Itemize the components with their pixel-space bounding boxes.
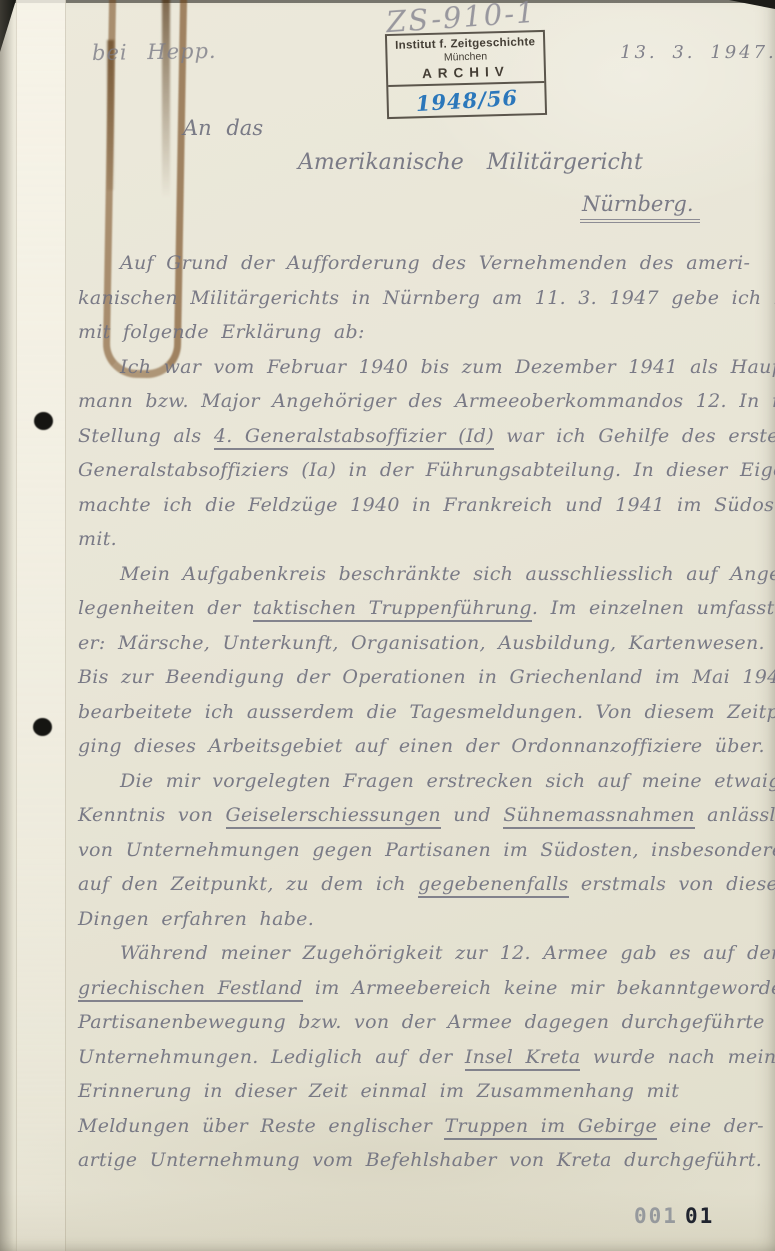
- text-segment: Stellung als: [78, 425, 214, 447]
- letter-line: mit folgende Erklärung ab:: [78, 315, 764, 350]
- letter-line: Partisanenbewegung bzw. von der Armee da…: [78, 1005, 764, 1040]
- text-segment: Meldungen über Reste englischer: [78, 1115, 444, 1137]
- text-segment: kanischen Militärgerichts in Nürnberg am…: [78, 287, 775, 309]
- underlined-phrase: gegebenenfalls: [418, 873, 568, 898]
- text-segment: eine der-: [657, 1115, 764, 1137]
- letter-line: Stellung als 4. Generalstabsoffizier (Id…: [78, 419, 764, 454]
- text-segment: . Im einzelnen umfasste: [532, 597, 775, 619]
- letter-line: machte ich die Feldzüge 1940 in Frankrei…: [78, 488, 764, 523]
- paper-binding-strip: [16, 0, 66, 1251]
- text-segment: im Armeebereich keine mir bekanntgeworde…: [303, 977, 775, 999]
- text-segment: Auf Grund der Aufforderung des Vernehmen…: [120, 252, 750, 274]
- letter-paragraph: Auf Grund der Aufforderung des Vernehmen…: [78, 246, 764, 350]
- text-segment: und: [441, 804, 503, 826]
- underlined-phrase: 4. Generalstabsoffizier (Id): [214, 425, 494, 450]
- text-segment: mann bzw. Major Angehöriger des Armeeobe…: [78, 390, 775, 412]
- letter-line: Bis zur Beendigung der Operationen in Gr…: [78, 660, 764, 695]
- scan-corner-top-right: [729, 0, 775, 9]
- folio-number-light: 001: [634, 1204, 678, 1228]
- letter-line: auf den Zeitpunkt, zu dem ich gegebenenf…: [78, 867, 764, 902]
- letter-paragraph: Ich war vom Februar 1940 bis zum Dezembe…: [78, 350, 764, 557]
- letter-line: von Unternehmungen gegen Partisanen im S…: [78, 833, 764, 868]
- stamp-accession-number: 1948/56: [415, 84, 519, 115]
- stamp-archiv-line: ARCHIV: [393, 63, 539, 82]
- letter-line: ging dieses Arbeitsgebiet auf einen der …: [78, 729, 764, 764]
- text-segment: bearbeitete ich ausserdem die Tagesmeldu…: [78, 701, 775, 723]
- text-segment: Ich war vom Februar 1940 bis zum Dezembe…: [120, 356, 775, 378]
- letter-line: mann bzw. Major Angehöriger des Armeeobe…: [78, 384, 764, 419]
- letter-body: Auf Grund der Aufforderung des Vernehmen…: [78, 246, 764, 1178]
- stamp-city-line: München: [392, 49, 538, 65]
- letter-paragraph: Während meiner Zugehörigkeit zur 12. Arm…: [78, 936, 764, 1178]
- letter-line: Unternehmungen. Lediglich auf der Insel …: [78, 1040, 764, 1075]
- archive-stamp: Institut f. Zeitgeschichte München ARCHI…: [385, 30, 547, 119]
- address-city-underlined: Nürnberg.: [580, 192, 700, 223]
- text-segment: Bis zur Beendigung der Operationen in Gr…: [78, 666, 775, 688]
- text-segment: mit.: [78, 528, 117, 550]
- letter-line: Meldungen über Reste englischer Truppen …: [78, 1109, 764, 1144]
- address-line-court: Amerikanische Militärgericht: [298, 150, 643, 175]
- text-segment: Unternehmungen. Lediglich auf der: [78, 1046, 465, 1068]
- letter-line: Generalstabsoffiziers (Ia) in der Führun…: [78, 453, 764, 488]
- folio-number-stamp: 00101: [634, 1204, 714, 1228]
- underlined-phrase: Geiselerschiessungen: [226, 804, 441, 829]
- punch-hole-top: [34, 412, 53, 430]
- address-line-city: Nürnberg.: [580, 192, 700, 216]
- letter-line: artige Unternehmung vom Befehlshaber von…: [78, 1143, 764, 1178]
- letter-line: griechischen Festland im Armeebereich ke…: [78, 971, 764, 1006]
- archive-stamp-box: Institut f. Zeitgeschichte München ARCHI…: [385, 30, 547, 119]
- text-segment: Generalstabsoffiziers (Ia) in der Führun…: [78, 459, 775, 481]
- stamp-number-row: 1948/56: [388, 81, 545, 117]
- text-segment: erstmals von diesen: [569, 873, 775, 895]
- letter-line: er: Märsche, Unterkunft, Organisation, A…: [78, 626, 764, 661]
- letter-line: Die mir vorgelegten Fragen erstrecken si…: [78, 764, 764, 799]
- letter-line: kanischen Militärgerichts in Nürnberg am…: [78, 281, 764, 316]
- pencil-note-hepp: bei Hepp.: [92, 39, 217, 65]
- letter-line: Kenntnis von Geiselerschiessungen und Sü…: [78, 798, 764, 833]
- text-segment: wurde nach meiner: [580, 1046, 775, 1068]
- text-segment: Dingen erfahren habe.: [78, 908, 314, 930]
- text-segment: ging dieses Arbeitsgebiet auf einen der …: [78, 735, 765, 757]
- underlined-phrase: Truppen im Gebirge: [444, 1115, 657, 1140]
- letter-paragraph: Die mir vorgelegten Fragen erstrecken si…: [78, 764, 764, 937]
- text-segment: war ich Gehilfe des ersten: [494, 425, 775, 447]
- scanned-letter-page: bei Hepp. ZS-910-1 13. 3. 1947. Institut…: [0, 0, 775, 1251]
- underlined-phrase: Sühnemassnahmen: [503, 804, 695, 829]
- text-segment: Partisanenbewegung bzw. von der Armee da…: [78, 1011, 765, 1033]
- letter-line: Auf Grund der Aufforderung des Vernehmen…: [78, 246, 764, 281]
- text-segment: von Unternehmungen gegen Partisanen im S…: [78, 839, 775, 861]
- underlined-phrase: Insel Kreta: [465, 1046, 581, 1071]
- folio-number-dark: 01: [685, 1204, 714, 1228]
- text-segment: Erinnerung in dieser Zeit einmal im Zusa…: [78, 1080, 679, 1102]
- text-segment: er: Märsche, Unterkunft, Organisation, A…: [78, 632, 765, 654]
- letter-paragraph: Mein Aufgabenkreis beschränkte sich auss…: [78, 557, 764, 764]
- text-segment: mit folgende Erklärung ab:: [78, 321, 365, 343]
- text-segment: Während meiner Zugehörigkeit zur 12. Arm…: [120, 942, 775, 964]
- text-segment: Die mir vorgelegten Fragen erstrecken si…: [120, 770, 775, 792]
- address-line-an-das: An das: [183, 116, 263, 140]
- letter-line: mit.: [78, 522, 764, 557]
- underlined-phrase: griechischen Festland: [78, 977, 303, 1002]
- text-segment: legenheiten der: [78, 597, 253, 619]
- text-segment: auf den Zeitpunkt, zu dem ich: [78, 873, 418, 895]
- text-segment: Mein Aufgabenkreis beschränkte sich auss…: [120, 563, 775, 585]
- date-note: 13. 3. 1947.: [620, 42, 775, 63]
- text-segment: Kenntnis von: [78, 804, 226, 826]
- underlined-phrase: taktischen Truppenführung: [253, 597, 532, 622]
- text-segment: artige Unternehmung vom Befehlshaber von…: [78, 1149, 762, 1171]
- punch-hole-bottom: [33, 718, 52, 736]
- letter-line: Erinnerung in dieser Zeit einmal im Zusa…: [78, 1074, 764, 1109]
- text-segment: anlässlich: [695, 804, 775, 826]
- text-segment: machte ich die Feldzüge 1940 in Frankrei…: [78, 494, 775, 516]
- letter-line: bearbeitete ich ausserdem die Tagesmeldu…: [78, 695, 764, 730]
- letter-line: Ich war vom Februar 1940 bis zum Dezembe…: [78, 350, 764, 385]
- letter-line: Während meiner Zugehörigkeit zur 12. Arm…: [78, 936, 764, 971]
- paperclip-rust-stain-dark: [162, 0, 170, 198]
- letter-line: Mein Aufgabenkreis beschränkte sich auss…: [78, 557, 764, 592]
- letter-line: legenheiten der taktischen Truppenführun…: [78, 591, 764, 626]
- letter-line: Dingen erfahren habe.: [78, 902, 764, 937]
- scan-edge-left: [0, 0, 14, 1251]
